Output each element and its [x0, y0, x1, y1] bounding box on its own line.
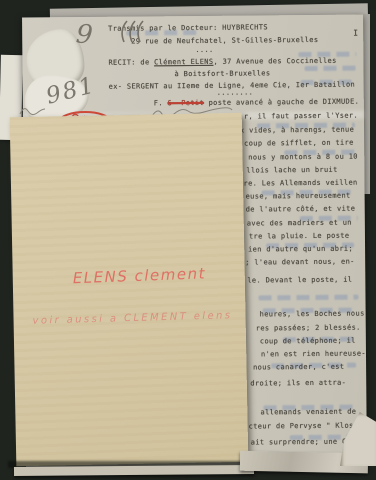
- typed-line-fragment: nous y montons à 8 ou 10: [248, 153, 358, 162]
- typed-line-fragment: euse, mais heureusement: [246, 192, 351, 201]
- typed-line-fragment: x vides, à harengs, tenue: [240, 126, 354, 135]
- typed-line-fragment: cteur de Pervyse " Klos: [249, 422, 354, 431]
- typed-line-fragment: tre la pluie. Le poste: [249, 232, 349, 241]
- typed-line-fragment: avec des madriers et un: [247, 219, 352, 228]
- typed-line-fragment: de l'autre côté, et vite: [246, 205, 356, 214]
- typed-line-fragment: llois lache un bruit: [246, 166, 337, 175]
- witness-address: , 37 Avenue des Coccinelles: [213, 57, 336, 66]
- red-crayon-name: ELENS clement: [72, 264, 206, 287]
- witness-name: Clément ELENS: [154, 58, 213, 67]
- pencil-mark-number: 9: [75, 19, 94, 50]
- separator-dots: ........: [217, 88, 254, 96]
- section-prefix: F.: [154, 99, 168, 107]
- page-number: I: [353, 29, 358, 38]
- typed-line-fragment: r, il faut passer l'Yser.: [244, 112, 358, 121]
- typed-line-fragment: nous canarder, c'est: [253, 363, 344, 372]
- carbon-bleed-line: [258, 295, 358, 301]
- typed-line-fragment: ait surprendre; une Cie: [251, 438, 356, 447]
- recit-prefix: RECIT: de: [108, 58, 154, 66]
- typed-line-fragment: ien d'autre qu'un abri;: [248, 245, 353, 254]
- red-crayon-cross-reference: voir aussi a CLEMENT elens: [32, 310, 232, 327]
- typed-line-fragment: coup de téléphone; il: [260, 337, 356, 346]
- typed-line-fragment: re. Les Allemands veillen: [243, 179, 357, 188]
- struck-text: 6- Petit: [167, 99, 204, 107]
- typed-line-fragment: le. Devant le poste, il: [247, 276, 352, 285]
- section-title: poste avancé à gauche de DIXMUDE.: [204, 98, 359, 107]
- typed-line-fragment: n'en est rien heureuse-: [261, 350, 366, 359]
- typed-line-fragment: ; l'eau devant nous, en-: [245, 258, 355, 267]
- typed-line-fragment: heures, les Boches nous: [260, 310, 365, 319]
- transmitted-by-line: Transmis par le Docteur: HUYBRECHTS: [108, 23, 268, 32]
- carbon-bleed-line: [304, 66, 356, 71]
- typed-line-fragment: res passées; 2 blessés.: [256, 324, 361, 333]
- recit-line: RECIT: de Clément ELENS, 37 Avenue des C…: [108, 57, 336, 67]
- typed-line-fragment: coup de sifflet, on tire: [244, 139, 354, 148]
- transmitter-address-line: 29 rue de Neufchatel, St-Gilles-Bruxelle…: [131, 36, 318, 46]
- cover-note-sheet: ELENS clement voir aussi a CLEMENT elens: [10, 113, 249, 466]
- archival-photo-stage: I Transmis par le Docteur: HUYBRECHTS 29…: [0, 0, 376, 480]
- bottom-sheet-edge: [14, 465, 254, 476]
- separator-dots: ....: [195, 46, 213, 54]
- section-title-line: F. 6- Petit poste avancé à gauche de DIX…: [154, 98, 359, 108]
- witness-address-line2: à Boitsfort-Bruxelles: [174, 69, 270, 78]
- typed-line-fragment: allemands venaient de: [260, 408, 356, 417]
- typed-line-fragment: e droite; ils en attra-: [241, 379, 346, 388]
